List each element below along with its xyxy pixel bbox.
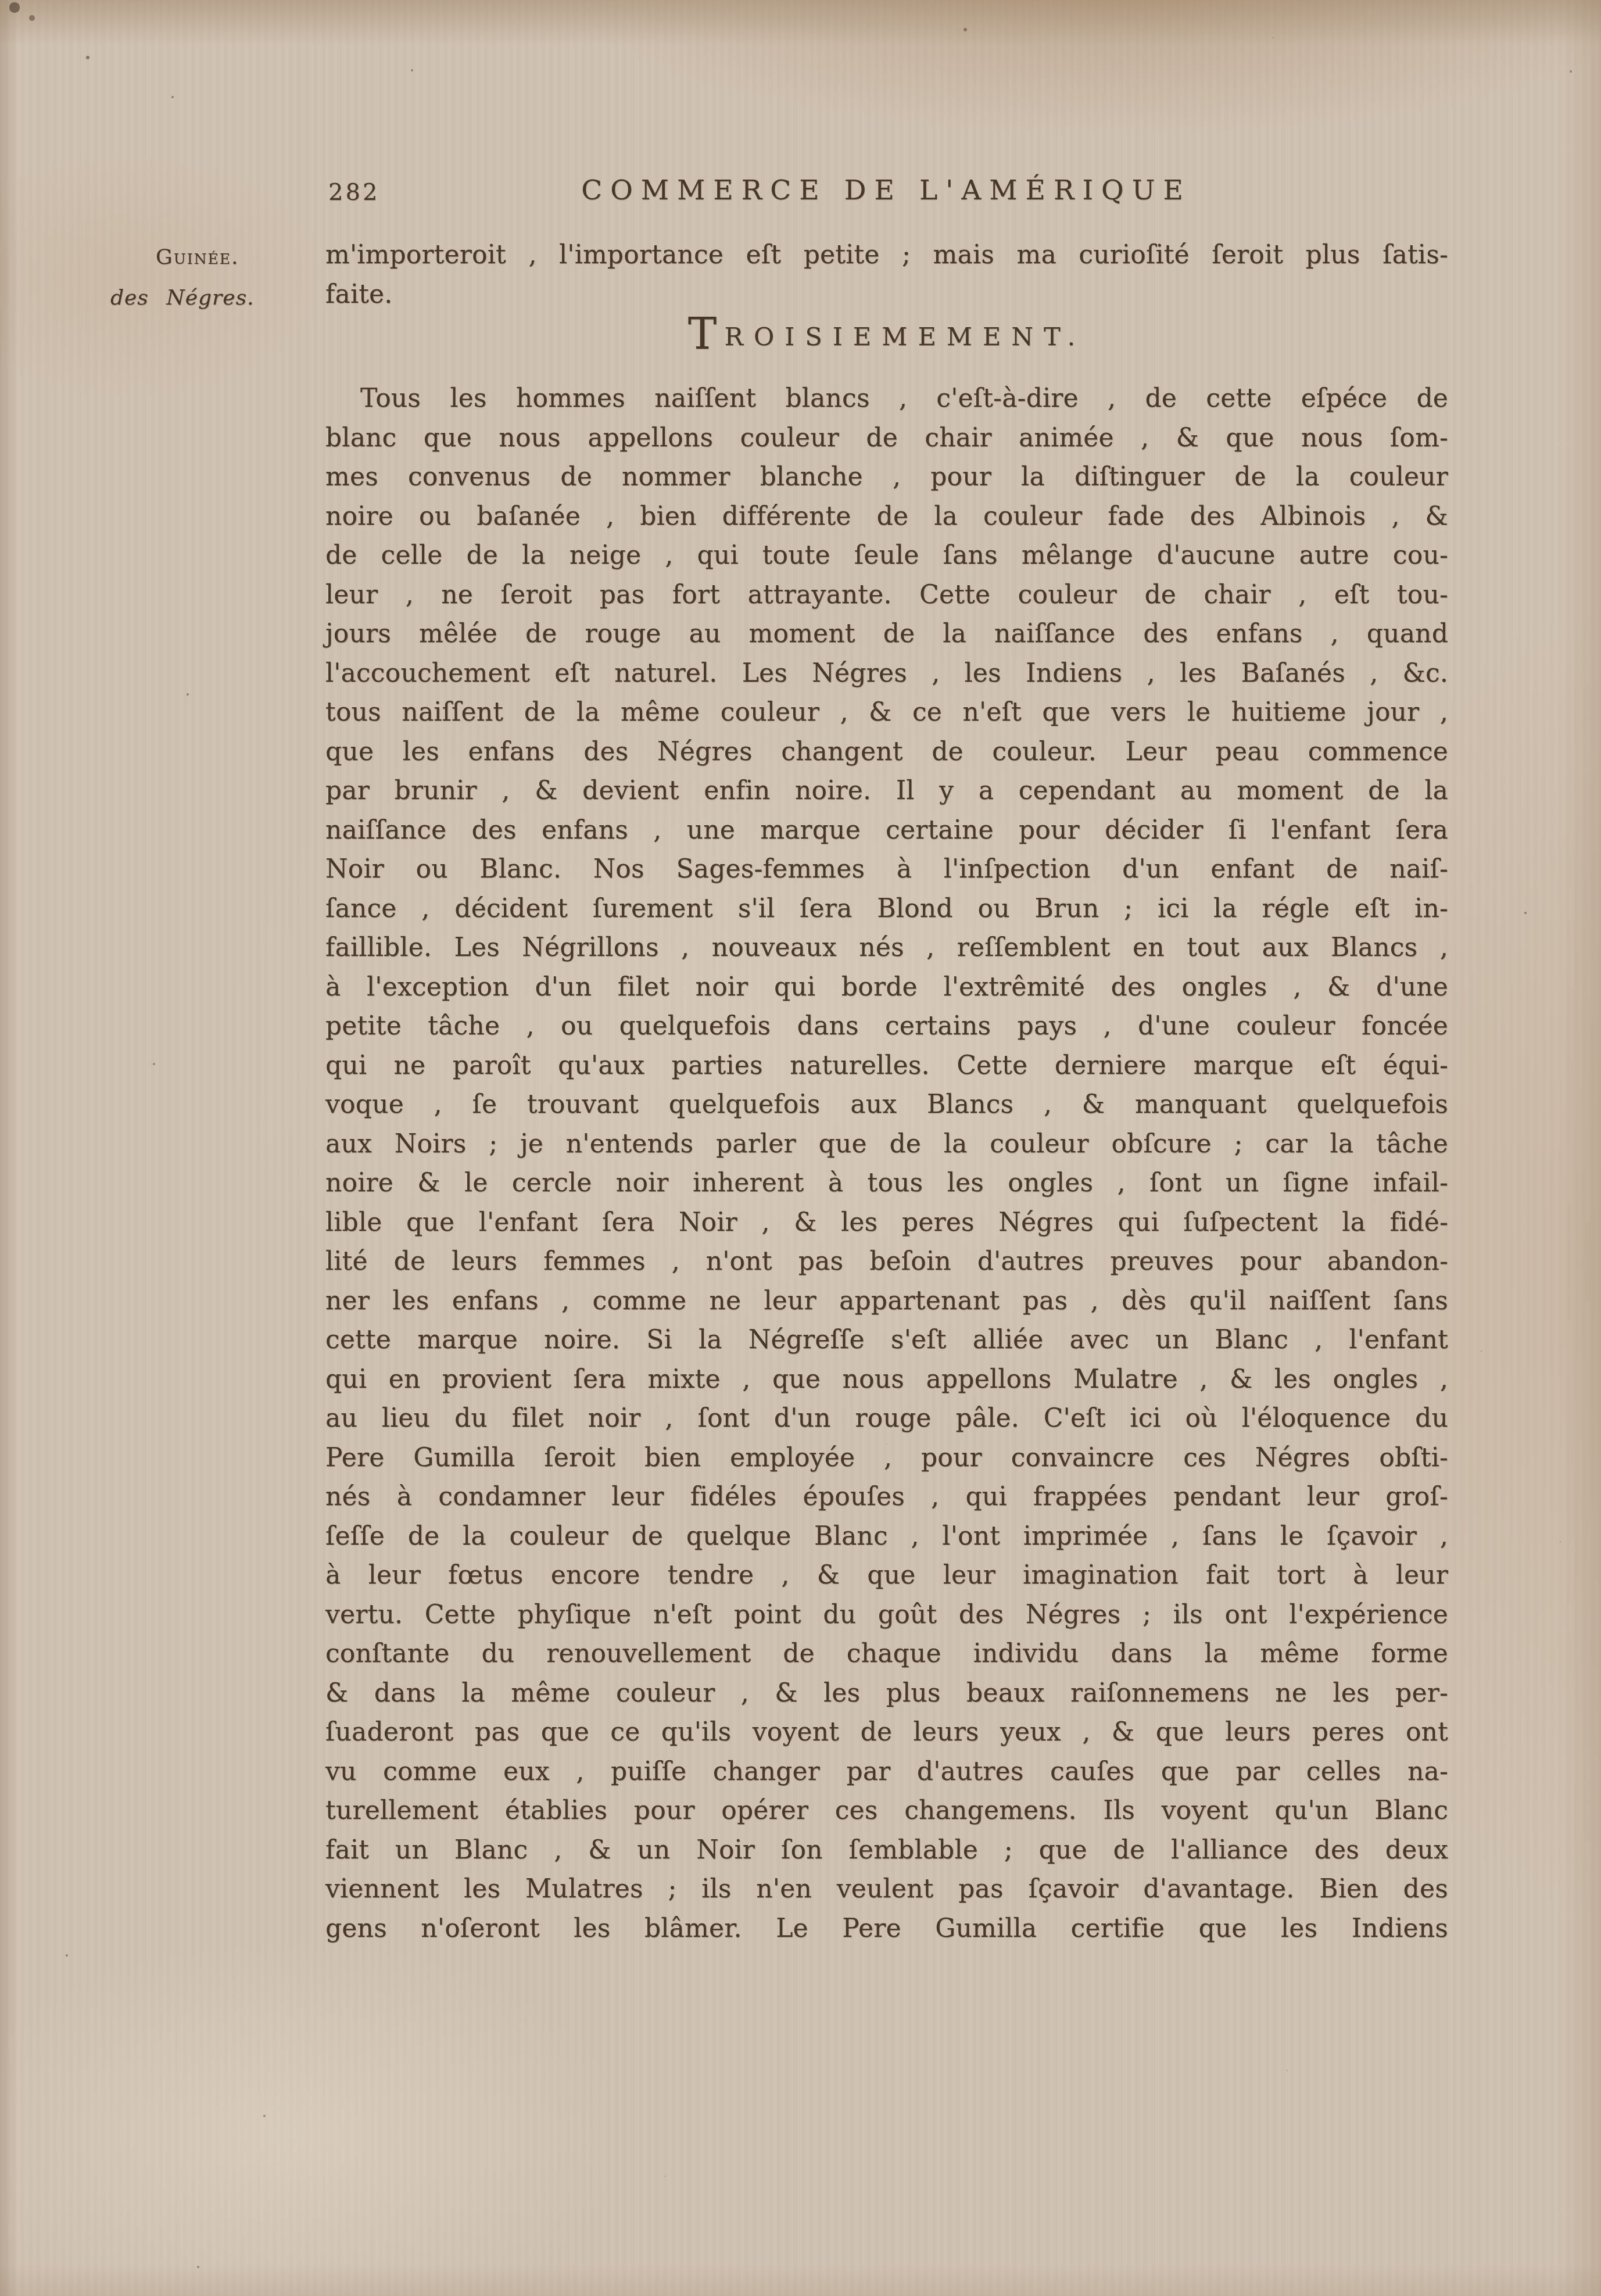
text-line: à l'exception d'un filet noir qui borde … <box>325 968 1448 1007</box>
text-line: faillible. Les Négrillons , nouveaux nés… <box>325 928 1448 968</box>
text-line: faite. <box>325 275 1448 314</box>
text-line: nés à condamner leur fidéles épouſes , q… <box>325 1477 1448 1517</box>
text-line: ſeſſe de la couleur de quelque Blanc , l… <box>325 1517 1448 1556</box>
text-line: gens n'oſeront les blâmer. Le Pere Gumil… <box>325 1909 1448 1948</box>
running-header: 282 COMMERCE DE L'AMÉRIQUE <box>325 174 1447 215</box>
text-line: qui ne paroît qu'aux parties naturelles.… <box>325 1046 1448 1086</box>
text-line: par brunir , & devient enfin noire. Il y… <box>325 771 1448 811</box>
text-line: ſuaderont pas que ce qu'ils voyent de le… <box>325 1713 1448 1752</box>
text-line: Pere Gumilla ſeroit bien employée , pour… <box>325 1438 1448 1478</box>
text-line: ſance , décident ſurement s'il ſera Blon… <box>325 889 1448 929</box>
text-line: Noir ou Blanc. Nos Sages-femmes à l'inſp… <box>325 850 1448 889</box>
text-line: turellement établies pour opérer ces cha… <box>325 1791 1448 1831</box>
book-page: 282 COMMERCE DE L'AMÉRIQUE Guinée. des N… <box>0 0 1601 2296</box>
text-line: au lieu du filet noir , ſont d'un rouge … <box>325 1399 1448 1438</box>
text-line: aux Noirs ; je n'entends parler que de l… <box>325 1124 1448 1164</box>
section-heading: TROISIEMEMENT. <box>325 309 1448 359</box>
running-title: COMMERCE DE L'AMÉRIQUE <box>325 174 1447 206</box>
text-line: que les enfans des Négres changent de co… <box>325 732 1448 772</box>
text-line: petite tâche , ou quelquefois dans certa… <box>325 1006 1448 1046</box>
text-line: à leur fœtus encore tendre , & que leur … <box>325 1556 1448 1595</box>
text-line: lible que l'enfant ſera Noir , & les per… <box>325 1203 1448 1242</box>
text-line: viennent les Mulatres ; ils n'en veulent… <box>325 1869 1448 1909</box>
text-line: l'accouchement eſt naturel. Les Négres ,… <box>325 654 1448 693</box>
intro-paragraph: m'importeroit , l'importance eſt petite … <box>325 235 1448 314</box>
text-line: jours mêlée de rouge au moment de la nai… <box>325 614 1448 654</box>
margin-note-topic: Guinée. <box>110 237 311 278</box>
text-line: voque , ſe trouvant quelquefois aux Blan… <box>325 1085 1448 1124</box>
paper-specks <box>0 0 3 3</box>
text-line: qui en provient ſera mixte , que nous ap… <box>325 1360 1448 1399</box>
body-paragraph: Tous les hommes naiſſent blancs , c'eſt-… <box>325 379 1448 1948</box>
text-line: cette marque noire. Si la Négreſſe s'eſt… <box>325 1320 1448 1360</box>
text-line: ner les enfans , comme ne leur appartena… <box>325 1281 1448 1321</box>
margin-note-subtopic: des Négres. <box>110 278 311 318</box>
text-line: noire & le cercle noir inherent à tous l… <box>325 1163 1448 1203</box>
text-line: tous naiſſent de la même couleur , & ce … <box>325 693 1448 732</box>
text-line: fait un Blanc , & un Noir ſon ſemblable … <box>325 1831 1448 1870</box>
text-line: leur , ne ſeroit pas fort attrayante. Ce… <box>325 575 1448 615</box>
text-line: noire ou baſanée , bien différente de la… <box>325 497 1448 536</box>
text-line: mes convenus de nommer blanche , pour la… <box>325 457 1448 497</box>
text-line: conſtante du renouvellement de chaque in… <box>325 1634 1448 1674</box>
text-line: & dans la même couleur , & les plus beau… <box>325 1674 1448 1713</box>
text-line: m'importeroit , l'importance eſt petite … <box>325 235 1448 275</box>
section-heading-rest: ROISIEMEMENT. <box>724 323 1086 352</box>
text-line: lité de leurs femmes , n'ont pas beſoin … <box>325 1242 1448 1281</box>
text-line: Tous les hommes naiſſent blancs , c'eſt-… <box>325 379 1448 418</box>
section-heading-initial: T <box>688 309 725 359</box>
text-line: vertu. Cette phyſique n'eſt point du goû… <box>325 1595 1448 1635</box>
margin-note: Guinée. des Négres. <box>110 237 311 318</box>
text-line: blanc que nous appellons couleur de chai… <box>325 418 1448 458</box>
text-line: naiſſance des enfans , une marque certai… <box>325 811 1448 850</box>
text-line: vu comme eux , puiſſe changer par d'autr… <box>325 1752 1448 1792</box>
text-line: de celle de la neige , qui toute ſeule ſ… <box>325 536 1448 575</box>
